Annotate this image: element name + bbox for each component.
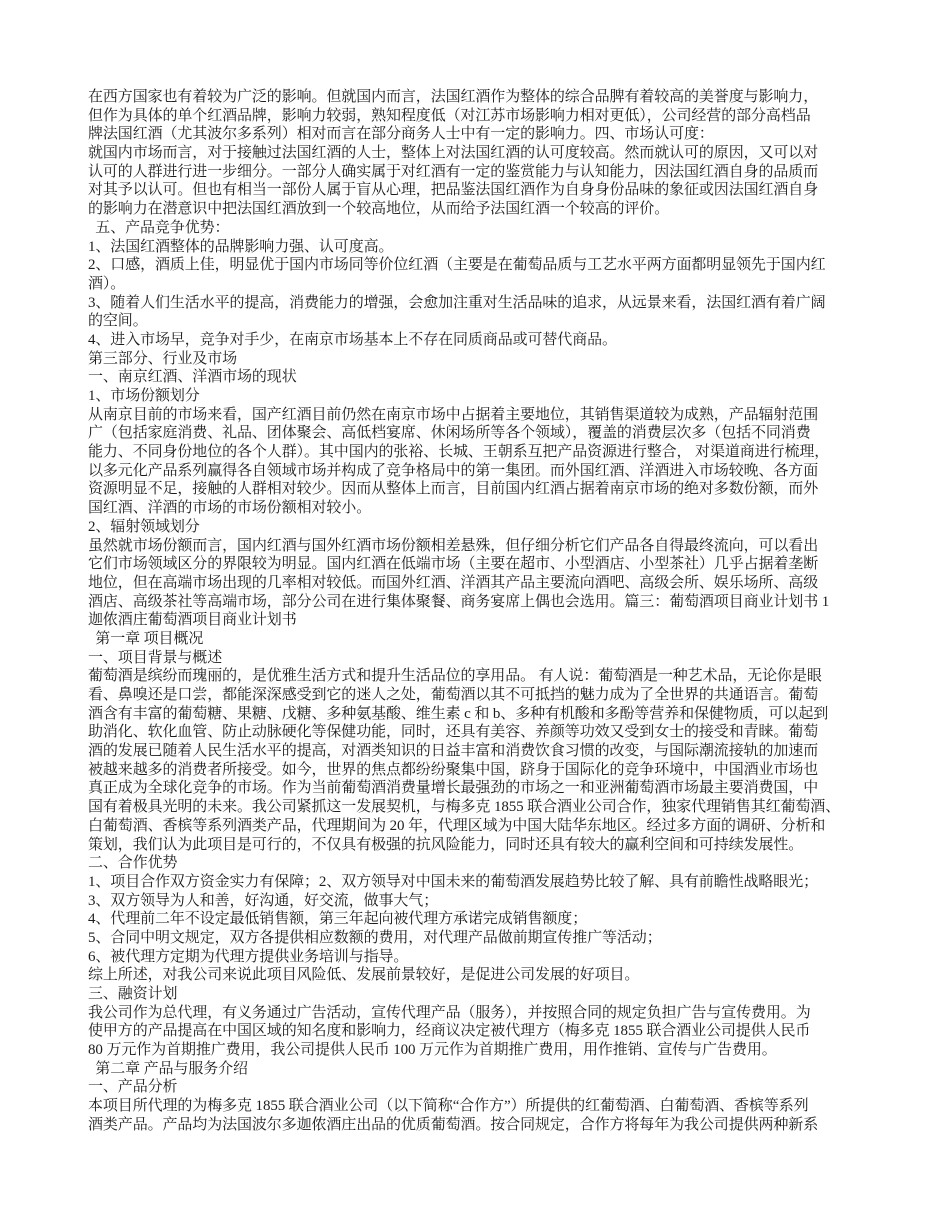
text-line: 4、进入市场早，竞争对手少，在南京市场基本上不存在同质商品或可替代商品。 bbox=[88, 331, 878, 350]
text-line: 2、口感，酒质上佳，明显优于国内市场同等价位红酒（主要是在葡萄品质与工艺水平两方… bbox=[88, 256, 878, 275]
text-line: 助消化、软化血管、防止动脉硬化等保健功能，同时，还具有美容、养颜等功效又受到女士… bbox=[88, 723, 878, 742]
text-line: 从南京目前的市场来看，国产红酒目前仍然在南京市场中占据着主要地位，其销售渠道较为… bbox=[88, 406, 878, 425]
text-line: 使甲方的产品提高在中国区域的知名度和影响力，经商议决定被代理方（梅多克 1855… bbox=[88, 1022, 878, 1041]
text-line: 1、项目合作双方资金实力有保障；2、双方领导对中国未来的葡萄酒发展趋势比较了解、… bbox=[88, 873, 878, 892]
text-line: 三、融资计划 bbox=[88, 985, 878, 1004]
text-line: 3、随着人们生活水平的提高，消费能力的增强，会愈加注重对生活品味的追求，从远景来… bbox=[88, 294, 878, 313]
text-line: 2、辐射领域划分 bbox=[88, 518, 878, 537]
document-page: 在西方国家也有着较为广泛的影响。但就国内而言，法国红酒作为整体的综合品脾有着较高… bbox=[0, 0, 950, 1230]
text-line: 被越来越多的消费者所接受。如今，世界的焦点都纷纷聚集中国，跻身于国际化的竞争环境… bbox=[88, 761, 878, 780]
text-line: 一、产品分析 bbox=[88, 1078, 878, 1097]
text-line: 资源明显不足，接触的人群相对较少。因而从整体上而言，目前国内红酒占据着南京市场的… bbox=[88, 480, 878, 499]
text-line: 看、鼻嗅还是口尝，都能深深感受到它的迷人之处，葡萄酒以其不可抵挡的魅力成为了全世… bbox=[88, 686, 878, 705]
text-line: 1、法国红酒整体的品牌影响力强、认可度高。 bbox=[88, 238, 878, 257]
text-line: 葡萄酒是缤纷而瑰丽的，是优雅生活方式和提升生活品位的享用品。 有人说：葡萄酒是一… bbox=[88, 667, 878, 686]
text-line: 就国内市场而言，对于接触过法国红酒的人士，整体上对法国红酒的认可度较高。然而就认… bbox=[88, 144, 878, 163]
text-line: 综上所述，对我公司来说此项目风险低、发展前景较好，是促进公司发展的好项目。 bbox=[88, 966, 878, 985]
text-line: 酒店、高级茶社等高端市场，部分公司在进行集体聚餐、商务宴席上偶也会选用。篇三：葡… bbox=[88, 593, 878, 612]
text-line: 国有着极具光明的未来。我公司紧抓这一发展契机，与梅多克 1855 联合酒业公司合… bbox=[88, 798, 878, 817]
text-line: 本项目所代理的为梅多克 1855 联合酒业公司（以下简称“合作方”）所提供的红葡… bbox=[88, 1097, 878, 1116]
text-line: 我公司作为总代理，有义务通过广告活动，宣传代理产品（服务），并按照合同的规定负担… bbox=[88, 1004, 878, 1023]
text-line: 3、双方领导为人和善，好沟通，好交流，做事大气； bbox=[88, 892, 878, 911]
text-line: 白葡萄酒、香槟等系列酒类产品，代理期间为 20 年，代理区域为中国大陆华东地区。… bbox=[88, 817, 878, 836]
document-text: 在西方国家也有着较为广泛的影响。但就国内而言，法国红酒作为整体的综合品脾有着较高… bbox=[88, 88, 878, 1135]
text-line: 国红酒、洋酒的市场的市场份额相对较小。 bbox=[88, 499, 878, 518]
text-line: 80 万元作为首期推广费用，我公司提供人民币 100 万元作为首期推广费用，用作… bbox=[88, 1041, 878, 1060]
text-line: 酒的发展已随着人民生活水平的提高，对酒类知识的日益丰富和消费饮食习惯的改变，与国… bbox=[88, 742, 878, 761]
text-line: 一、项目背景与概述 bbox=[88, 649, 878, 668]
text-line: 迦侬酒庄葡萄酒项目商业计划书 bbox=[88, 611, 878, 630]
text-line: 策划，我们认为此项目是可行的，不仅具有极强的抗风险能力，同时还具有较大的赢利空间… bbox=[88, 836, 878, 855]
text-line: 能力、不同身份地位的各个人群）。其中国内的张裕、长城、王朝系互把产品资源进行整合… bbox=[88, 443, 878, 462]
text-line: 认可的人群进行进一步细分。一部分人确实属于对红酒有一定的鉴赏能力与认知能力，因法… bbox=[88, 163, 878, 182]
text-line: 但作为具体的单个红酒品牌，影响力较弱，熟知程度低（对江苏市场影响力相对更低），公… bbox=[88, 107, 878, 126]
text-line: 的影响力在潜意识中把法国红酒放到一个较高地位，从而给予法国红酒一个较高的评价。 bbox=[88, 200, 878, 219]
text-line: 地位，但在高端市场出现的几率相对较低。而国外红酒、洋酒其产品主要流向酒吧、高级会… bbox=[88, 574, 878, 593]
text-line: 它们市场领域区分的界限较为明显。国内红酒在低端市场（主要在超市、小型酒店、小型茶… bbox=[88, 555, 878, 574]
text-line: 以多元化产品系列赢得各自领域市场并构成了竞争格局中的第一集团。而外国红酒、洋酒进… bbox=[88, 462, 878, 481]
text-line: 在西方国家也有着较为广泛的影响。但就国内而言，法国红酒作为整体的综合品脾有着较高… bbox=[88, 88, 878, 107]
text-line: 第三部分、行业及市场 bbox=[88, 350, 878, 369]
text-line: 5、合同中明文规定，双方各提供相应数额的费用，对代理产品做前期宣传推广等活动； bbox=[88, 929, 878, 948]
text-line: 对其予以认可。但也有相当一部份人属于盲从心理，把品鉴法国红酒作为自身身份品味的象… bbox=[88, 181, 878, 200]
text-line: 五、产品竞争优势： bbox=[88, 219, 878, 238]
text-line: 真正成为全球化竞争的市场。作为当前葡萄酒消费量增长最强劲的市场之一和亚洲葡萄酒市… bbox=[88, 779, 878, 798]
text-line: 虽然就市场份额而言，国内红酒与国外红酒市场份额相差悬殊，但仔细分析它们产品各自得… bbox=[88, 537, 878, 556]
text-line: 1、市场份额划分 bbox=[88, 387, 878, 406]
text-line: 广（包括家庭消费、礼品、团体聚会、高低档宴席、休闲场所等各个领域），覆盖的消费层… bbox=[88, 424, 878, 443]
text-line: 酒含有丰富的葡萄糖、果糖、戊糖、多种氨基酸、维生素 c 和 b、多种有机酸和多酚… bbox=[88, 705, 878, 724]
text-line: 牌法国红酒（尤其波尔多系列）相对而言在部分商务人士中有一定的影响力。四、市场认可… bbox=[88, 125, 878, 144]
text-line: 第二章 产品与服务介绍 bbox=[88, 1060, 878, 1079]
text-line: 一、南京红酒、洋酒市场的现状 bbox=[88, 368, 878, 387]
text-line: 第一章 项目概况 bbox=[88, 630, 878, 649]
text-line: 酒）。 bbox=[88, 275, 878, 294]
text-line: 6、被代理方定期为代理方提供业务培训与指导。 bbox=[88, 948, 878, 967]
text-line: 的空间。 bbox=[88, 312, 878, 331]
text-line: 二、合作优势 bbox=[88, 854, 878, 873]
text-line: 酒类产品。产品均为法国波尔多迦侬酒庄出品的优质葡萄酒。按合同规定，合作方将每年为… bbox=[88, 1116, 878, 1135]
text-line: 4、代理前二年不设定最低销售额，第三年起向被代理方承诺完成销售额度； bbox=[88, 910, 878, 929]
